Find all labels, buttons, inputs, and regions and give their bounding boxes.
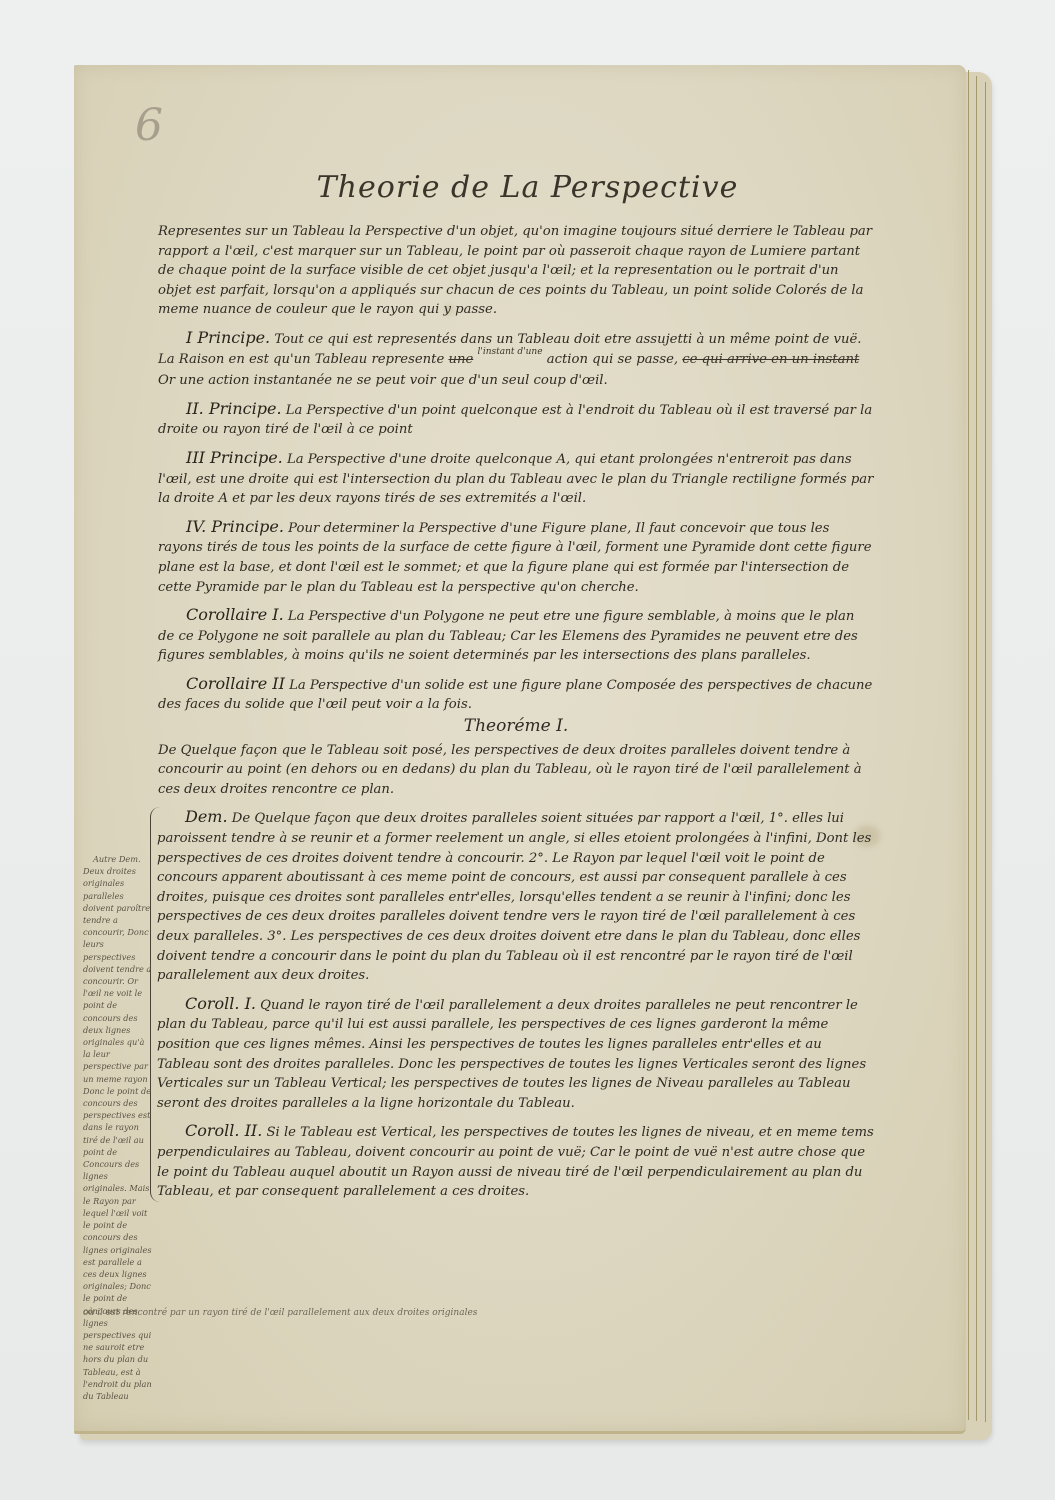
principle-text: Or une action instantanée ne se peut voi… — [158, 373, 608, 388]
corollary-2: Corollaire II La Perspective d'un solide… — [158, 674, 874, 715]
principle-text: action qui se passe, — [547, 352, 678, 367]
principle-label: IV. Principe. — [186, 517, 284, 536]
principle-1: I Principe. Tout ce qui est representés … — [158, 328, 874, 391]
intro-paragraph: Representes sur un Tableau la Perspectiv… — [158, 222, 874, 320]
principle-label: III Principe. — [186, 448, 283, 467]
folio-number: 6 — [135, 100, 163, 151]
corollary-label: Coroll. II. — [185, 1121, 262, 1140]
principle-2: II. Principe. La Perspective d'un point … — [158, 399, 874, 440]
demonstration: Dem. De Quelque façon que deux droites p… — [157, 807, 874, 985]
corollary-1: Corollaire I. La Perspective d'un Polygo… — [158, 605, 874, 666]
page-edge-line — [976, 76, 977, 1421]
principle-label: II. Principe. — [186, 399, 282, 418]
margin-note-text: Deux droites originales paralleles doive… — [83, 865, 153, 1402]
corollary-text: Quand le rayon tiré de l'œil paralleleme… — [157, 998, 866, 1111]
manuscript-body: Representes sur un Tableau la Perspectiv… — [158, 222, 874, 1210]
theorem-corollary-1: Coroll. I. Quand le rayon tiré de l'œil … — [157, 994, 874, 1114]
theorem-corollary-2: Coroll. II. Si le Tableau est Vertical, … — [157, 1121, 874, 1201]
page-edge-line — [985, 82, 986, 1422]
margin-note: Autre Dem. Deux droites originales paral… — [83, 853, 153, 1402]
corollary-label: Corollaire II — [186, 674, 285, 693]
page-edge-line — [968, 70, 969, 1420]
theorem-heading: Theoréme I. — [158, 717, 874, 737]
photo-background: 6 Theorie de La Perspective Representes … — [0, 0, 1055, 1500]
corollary-text: Si le Tableau est Vertical, les perspect… — [157, 1125, 874, 1199]
margin-note-continuation: où il est rencontré par un rayon tiré de… — [83, 1308, 643, 1318]
principle-3: III Principe. La Perspective d'une droit… — [158, 448, 874, 509]
principle-4: IV. Principe. Pour determiner la Perspec… — [158, 517, 874, 597]
interlinear-insertion: l'instant d'une — [477, 347, 542, 357]
demonstration-label: Dem. — [185, 807, 228, 826]
demonstration-text: De Quelque façon que deux droites parall… — [157, 811, 871, 983]
theorem-statement: De Quelque façon que le Tableau soit pos… — [158, 741, 874, 800]
margin-note-heading: Autre Dem. — [83, 853, 153, 865]
corollary-label: Corollaire I. — [186, 605, 284, 624]
demonstration-block: Dem. De Quelque façon que deux droites p… — [150, 807, 874, 1201]
principle-label: I Principe. — [186, 328, 270, 347]
corollary-label: Coroll. I. — [185, 994, 256, 1013]
page-title: Theorie de La Perspective — [0, 170, 1055, 205]
struck-word: une — [448, 352, 473, 367]
struck-phrase: ce qui arrive en un instant — [682, 352, 859, 367]
